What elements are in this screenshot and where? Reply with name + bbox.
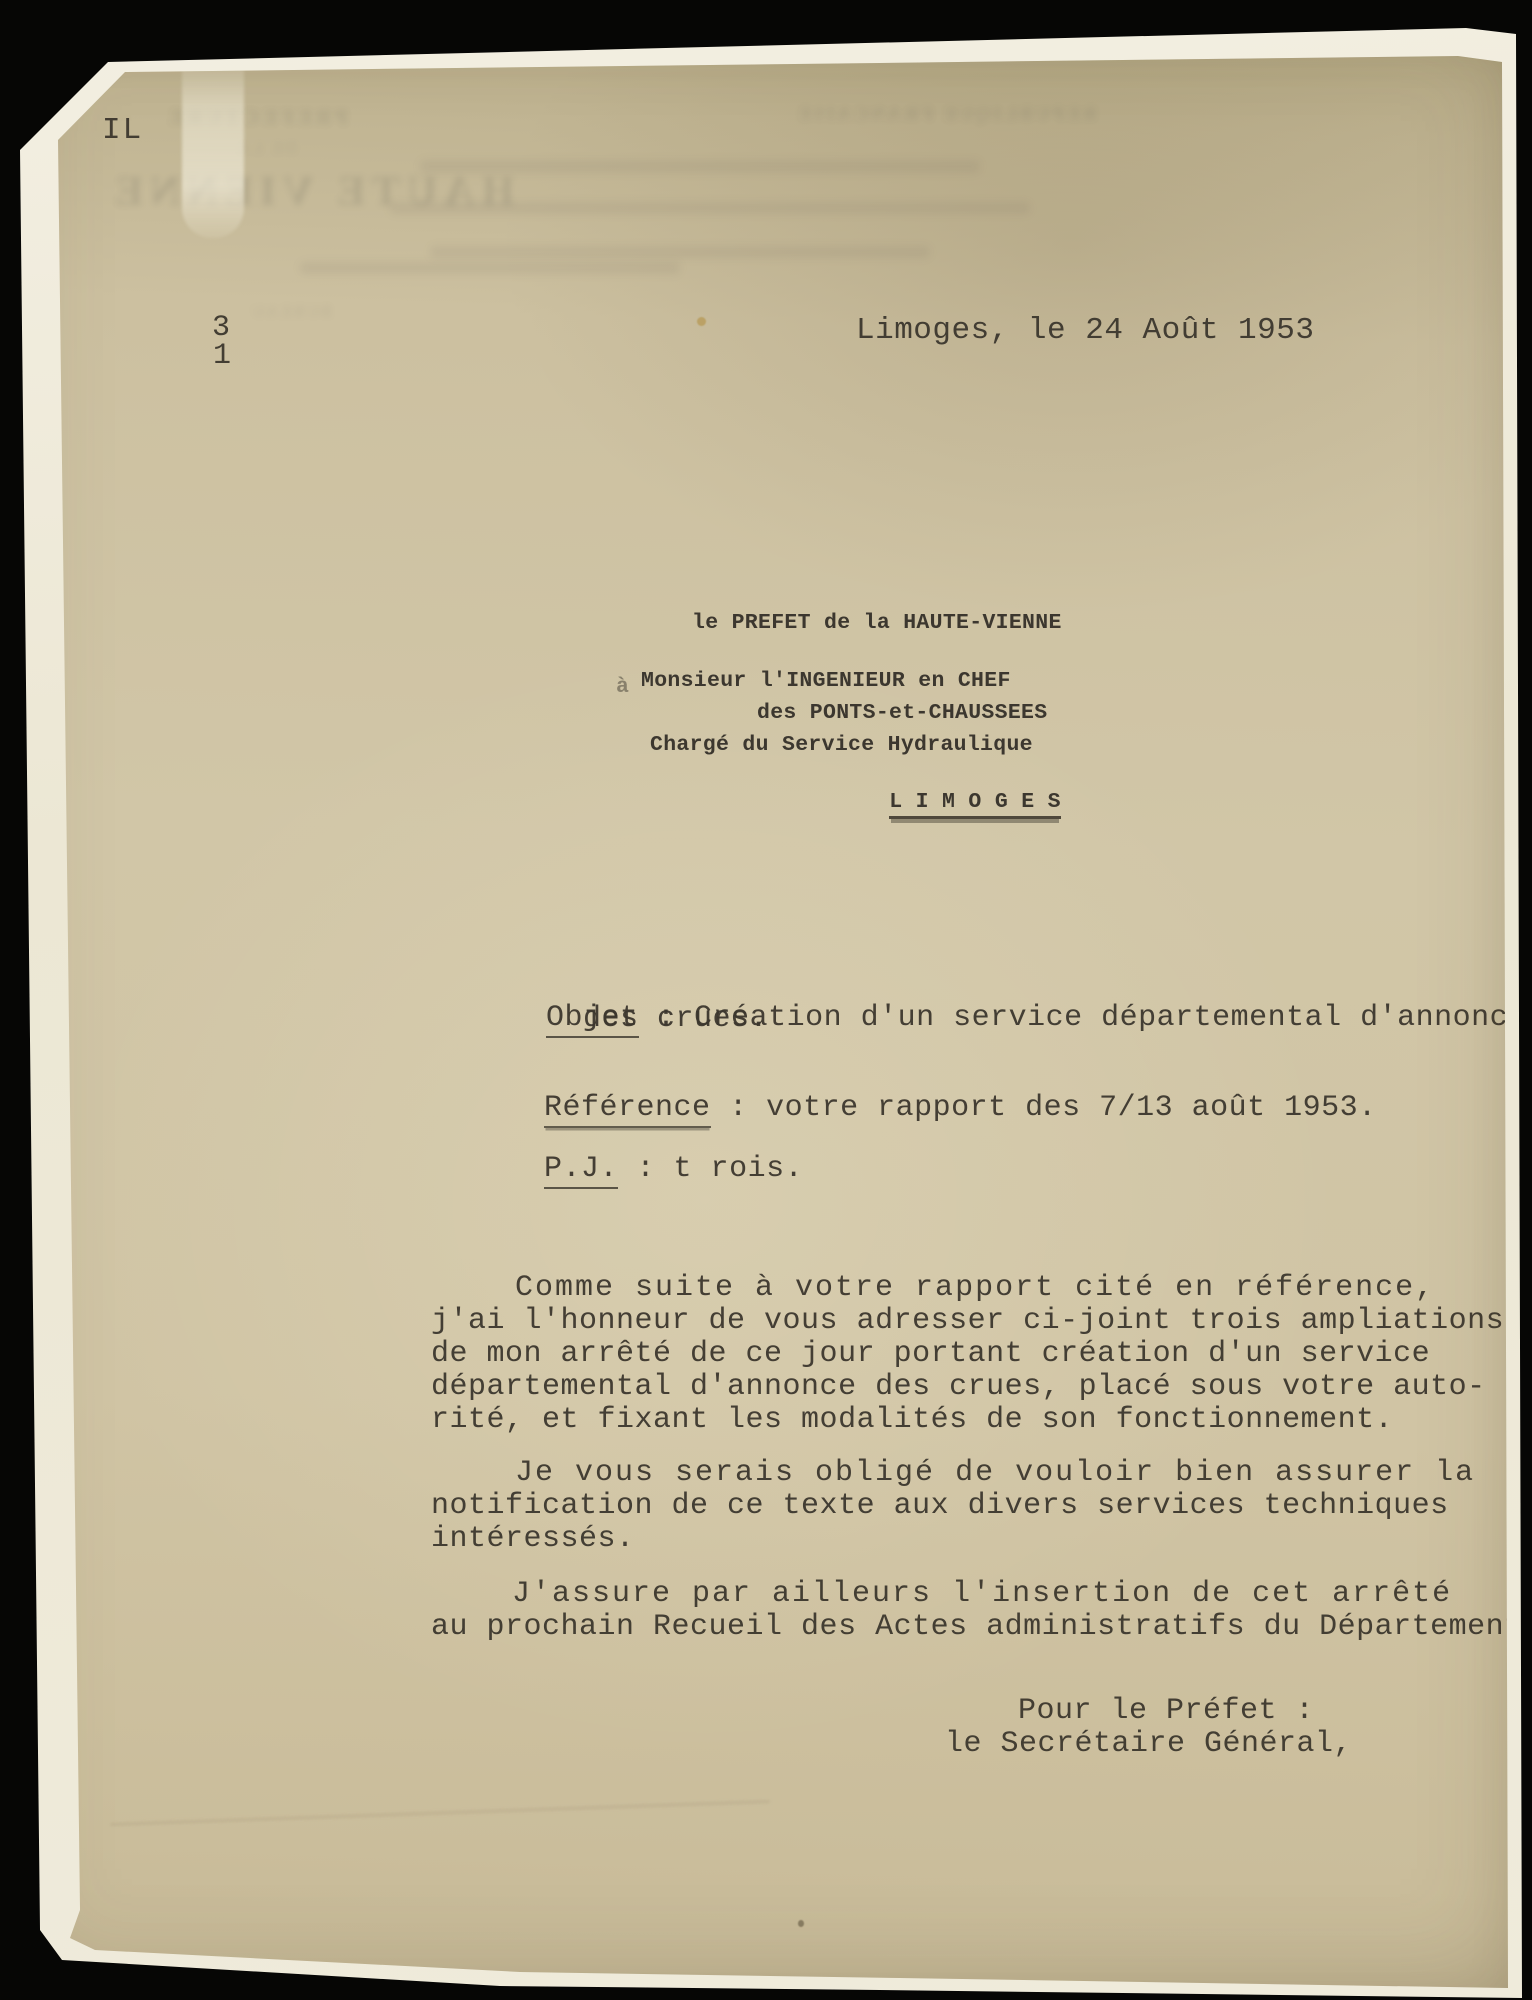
body-para1-line1: Comme suite à votre rapport cité en réfé…	[515, 1272, 1435, 1305]
pj-line: P.J. : t rois.	[433, 1120, 803, 1219]
signature-line1: Pour le Préfet :	[1018, 1695, 1314, 1728]
bleedthrough-letterhead-mid: DE LA	[235, 140, 297, 158]
stain-dot	[697, 317, 706, 326]
reference-text: : votre rapport des 7/13 août 1953.	[711, 1091, 1377, 1125]
body-para1-line2: j'ai l'honneur de vous adresser ci-joint…	[431, 1305, 1504, 1338]
stain-dot	[798, 1920, 804, 1927]
body-para2-line3: intéressés.	[431, 1523, 635, 1556]
file-number-bottom: 1	[213, 340, 232, 373]
body-para1-line3: de mon arrêté de ce jour portant créatio…	[431, 1338, 1430, 1371]
body-para1-line5: rité, et fixant les modalités de son fon…	[431, 1404, 1393, 1437]
sender-line: le PREFET de la HAUTE-VIENNE	[692, 612, 1062, 636]
body-para2-line1: Je vous serais obligé de vouloir bien as…	[515, 1457, 1475, 1490]
dateline: Limoges, le 24 Août 1953	[856, 314, 1314, 348]
body-para1-line4: départemental d'annonce des crues, placé…	[431, 1371, 1486, 1404]
pj-label: P.J.	[544, 1152, 618, 1189]
margin-note: IL	[102, 114, 143, 148]
scanned-letter: PREFECTURE DE LA HAUTE VIENNE REPUBLIQUE…	[0, 0, 1532, 2000]
bleedthrough-smudge-row	[420, 160, 980, 173]
addressee-prefix: à	[616, 676, 629, 700]
addressee-line2: des PONTS-et-CHAUSSEES	[757, 702, 1047, 726]
tape-mark	[182, 50, 244, 238]
addressee-line1: Monsieur l'INGENIEUR en CHEF	[641, 670, 1011, 694]
objet-line2: des crues.	[583, 1003, 768, 1036]
objet-text: : Création d'un service départemental d'…	[639, 1001, 1527, 1035]
bleedthrough-bureau: BUREAU	[250, 302, 332, 322]
crease-line	[110, 1800, 770, 1825]
bleedthrough-smudge-row	[430, 246, 930, 258]
bleedthrough-republique: REPUBLIQUE FRANCAISE	[795, 104, 1096, 126]
body-para2-line2: notification de ce texte aux divers serv…	[431, 1490, 1449, 1523]
body-para3-line2: au prochain Recueil des Actes administra…	[431, 1611, 1532, 1644]
body-para3-line1: J'assure par ailleurs l'insertion de cet…	[512, 1578, 1452, 1611]
pj-text: : t rois.	[618, 1152, 803, 1186]
bleedthrough-smudge-row	[300, 262, 680, 274]
addressee-line3: Chargé du Service Hydraulique	[650, 734, 1033, 758]
addressee-city-text: L I M O G E S	[889, 790, 1061, 819]
bleedthrough-smudge-row	[390, 202, 1030, 214]
signature-line2: le Secrétaire Général,	[945, 1728, 1352, 1761]
letter-page: PREFECTURE DE LA HAUTE VIENNE REPUBLIQUE…	[0, 0, 1532, 2000]
addressee-city: L I M O G E S	[810, 767, 1061, 838]
